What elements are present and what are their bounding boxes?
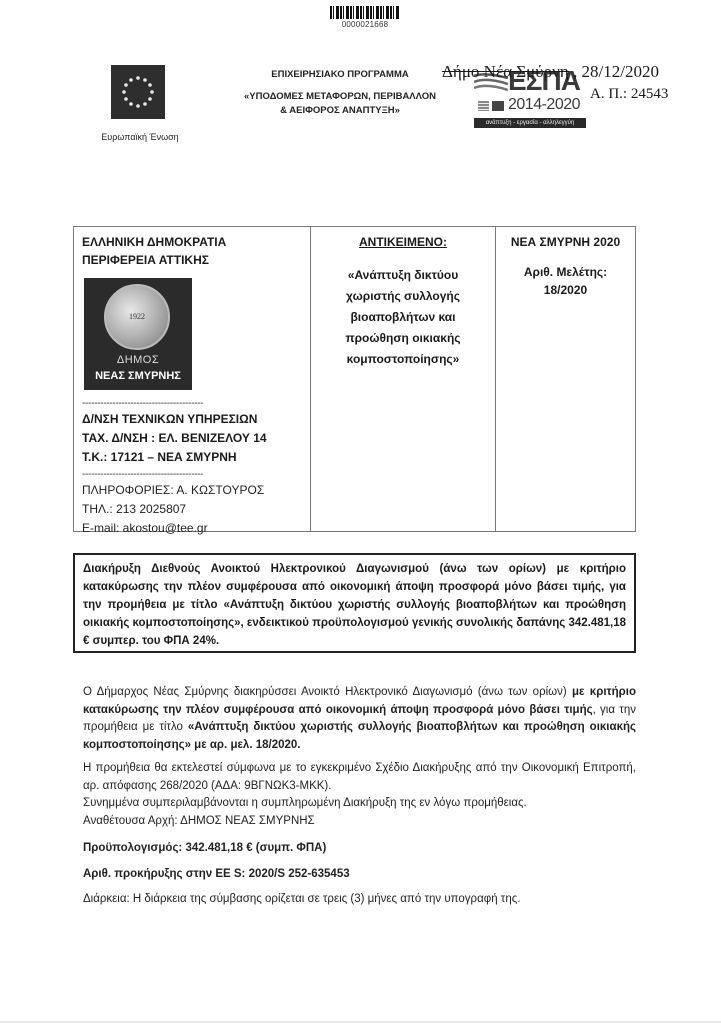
programme-header: ΕΠΙΧΕΙΡΗΣΙΑΚΟ ΠΡΟΓΡΑΜΜΑ «ΥΠΟΔΟΜΕΣ ΜΕΤΑΦΟ… (225, 68, 455, 118)
barcode-icon (330, 6, 400, 19)
contact-email: E-mail: akostou@tee.gr (82, 519, 310, 538)
postcode: Τ.Κ.: 17121 – ΝΕΑ ΣΜΥΡΝΗ (82, 448, 310, 467)
programme-line-2: «ΥΠΟΔΟΜΕΣ ΜΕΤΑΦΟΡΩΝ, ΠΕΡΙΒΑΛΛΟΝ (225, 90, 455, 104)
notice-number: Αριθ. προκήρυξης στην ΕΕ S: 2020/S 252-6… (83, 866, 636, 884)
coin-emblem-icon: 1922 (104, 284, 170, 350)
subject-label: ΑΝΤΙΚΕΙΜΕΝΟ: (311, 233, 495, 251)
stamp-protocol: Α. Π.: 24543 (590, 86, 668, 103)
stamp-municipality: Δήμο Νέα Σμύρνη (442, 62, 569, 81)
paragraph-attachment: Συνημμένα συμπεριλαμβάνονται η συμπληρωμ… (83, 795, 636, 813)
barcode-number: 0000021668 (330, 20, 400, 29)
study-column: ΝΕΑ ΣΜΥΡΝΗ 2020 Αριθ. Μελέτης: 18/2020 (496, 227, 635, 531)
espa-slogan: ανάπτυξη - εργασία - αλληλεγγύη (474, 118, 586, 128)
study-heading: ΝΕΑ ΣΜΥΡΝΗ 2020 (496, 233, 635, 251)
programme-line-3: & ΑΕΙΦΟΡΟΣ ΑΝΑΠΤΥΞΗ» (225, 104, 455, 118)
study-number: 18/2020 (496, 281, 635, 299)
logo-line-2: ΝΕΑΣ ΣΜΥΡΝΗΣ (84, 370, 192, 382)
paragraph-authority: Αναθέτουσα Αρχή: ΔΗΜΟΣ ΝΕΑΣ ΣΜΥΡΝΗΣ (83, 813, 636, 831)
separator: ---------------------------------------- (82, 398, 242, 410)
separator: ---------------------------------------- (82, 469, 242, 481)
department: Δ/ΝΣΗ ΤΕΧΝΙΚΩΝ ΥΠΗΡΕΣΙΩΝ (82, 410, 310, 429)
budget-line: Προϋπολογισμός: 342.481,18 € (συμπ. ΦΠΑ) (83, 840, 636, 858)
stamp-date: , 28/12/2020 (573, 62, 659, 81)
eu-flag-icon (111, 65, 165, 119)
subject-column: ΑΝΤΙΚΕΙΜΕΝΟ: «Ανάπτυξη δικτύου χωριστής … (311, 227, 496, 531)
espa-years: 2014-2020 (508, 96, 580, 114)
eu-label: Ευρωπαϊκή Ένωση (100, 132, 180, 142)
stamp-municipality-date: Δήμο Νέα Σμύρνη , 28/12/2020 (442, 62, 659, 82)
issuer-column: ΕΛΛΗΝΙΚΗ ΔΗΜΟΚΡΑΤΙΑ ΠΕΡΙΦΕΡΕΙΑ ΑΤΤΙΚΗΣ 1… (74, 227, 311, 531)
region-label: ΠΕΡΙΦΕΡΕΙΑ ΑΤΤΙΚΗΣ (82, 251, 310, 269)
summary-box: Διακήρυξη Διεθνούς Ανοικτού Ηλεκτρονικού… (73, 553, 636, 653)
contact-phone: ΤΗΛ.: 213 2025807 (82, 500, 310, 519)
postal-address: ΤΑΧ. Δ/ΝΣΗ : ΕΛ. ΒΕΝΙΖΕΛΟΥ 14 (82, 429, 310, 448)
barcode: 0000021668 (330, 6, 400, 29)
contact-info: ΠΛΗΡΟΦΟΡΙΕΣ: Α. ΚΩΣΤΟΥΡΟΣ (82, 481, 310, 500)
programme-line-1: ΕΠΙΧΕΙΡΗΣΙΑΚΟ ΠΡΟΓΡΑΜΜΑ (225, 68, 455, 82)
study-label: Αριθ. Μελέτης: (496, 263, 635, 281)
paragraph-intro: Ο Δήμαρχος Νέας Σμύρνης διακηρύσσει Ανοι… (83, 684, 636, 754)
municipality-logo: 1922 ΔΗΜΟΣ ΝΕΑΣ ΣΜΥΡΝΗΣ (84, 278, 192, 390)
page-bottom-edge (0, 1021, 721, 1023)
subject-text: «Ανάπτυξη δικτύου χωριστής συλλογής βιοα… (311, 265, 495, 370)
header-table: ΕΛΛΗΝΙΚΗ ΔΗΜΟΚΡΑΤΙΑ ΠΕΡΙΦΕΡΕΙΑ ΑΤΤΙΚΗΣ 1… (73, 226, 636, 532)
duration-line: Διάρκεια: Η διάρκεια της σύμβασης ορίζετ… (83, 891, 636, 909)
republic-label: ΕΛΛΗΝΙΚΗ ΔΗΜΟΚΡΑΤΙΑ (82, 233, 310, 251)
gr-eu-flags-icon (478, 101, 504, 111)
paragraph-approval: Η προμήθεια θα εκτελεστεί σύμφωνα με το … (83, 760, 636, 795)
announcement-body: Ο Δήμαρχος Νέας Σμύρνης διακηρύσσει Ανοι… (83, 684, 636, 909)
logo-line-1: ΔΗΜΟΣ (84, 354, 192, 366)
